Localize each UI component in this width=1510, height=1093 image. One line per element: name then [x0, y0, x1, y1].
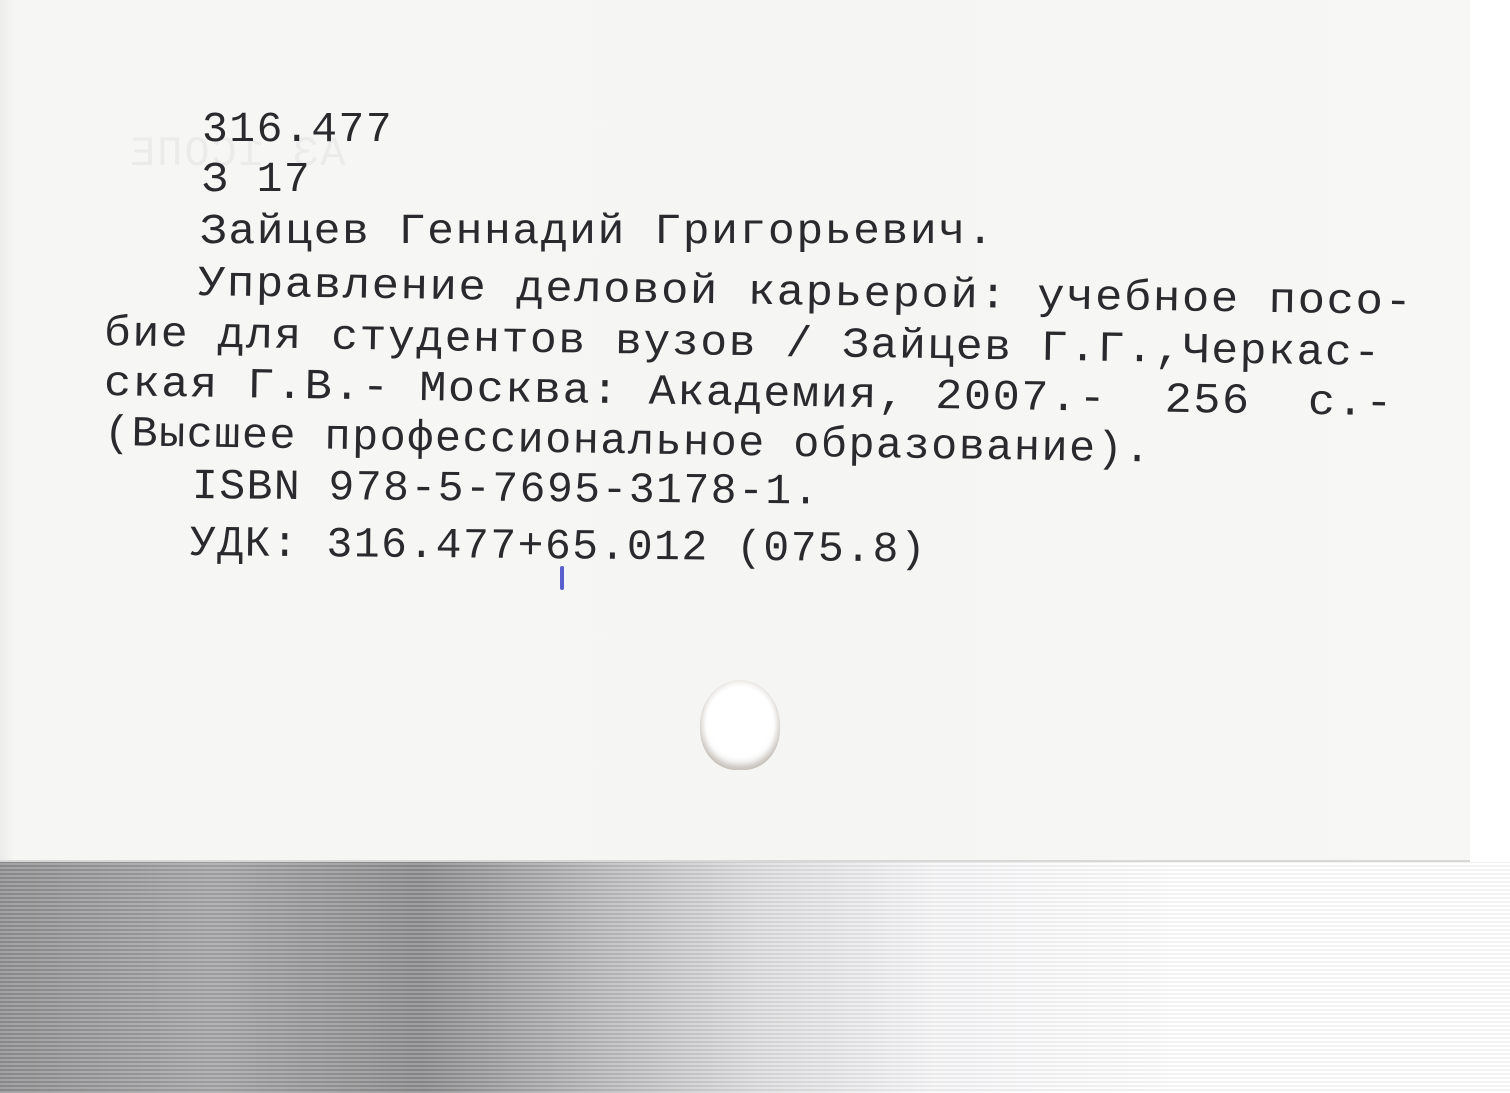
catalog-card: АЗ 1СОПЕ 316.477 З 17 Зайцев Геннадий Гр…	[0, 0, 1470, 862]
pen-mark	[560, 566, 564, 590]
udc-line: УДК: 316.477+65.012 (075.8)	[190, 522, 928, 571]
scanner-margin	[1470, 0, 1510, 860]
classification-index: 316.477	[202, 108, 393, 151]
author-mark: З 17	[202, 158, 311, 201]
isbn-line: ISBN 978-5-7695-3178-1.	[192, 465, 820, 513]
scanner-bed	[0, 862, 1510, 1093]
punch-hole	[700, 680, 780, 770]
author-heading: Зайцев Геннадий Григорьевич.	[200, 210, 995, 253]
